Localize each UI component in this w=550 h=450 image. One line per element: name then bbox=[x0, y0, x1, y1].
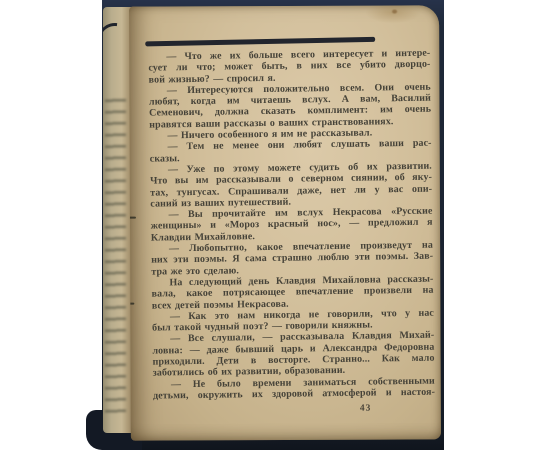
page-number: 43 bbox=[360, 404, 372, 414]
margin-mark bbox=[129, 217, 136, 219]
photo-of-book-page: — Что же их больше всего интересует и ин… bbox=[0, 0, 550, 450]
margin-mark bbox=[129, 303, 134, 305]
text-block: — Что же их больше всего интересует и ин… bbox=[148, 48, 435, 402]
paper-speck bbox=[392, 10, 397, 14]
photo-area: — Что же их больше всего интересует и ин… bbox=[86, 0, 444, 450]
book-page: — Что же их больше всего интересует и ин… bbox=[129, 5, 441, 440]
header-rule bbox=[145, 37, 375, 47]
paper-stain bbox=[365, 5, 421, 23]
facing-page-blurred-text bbox=[105, 95, 126, 417]
